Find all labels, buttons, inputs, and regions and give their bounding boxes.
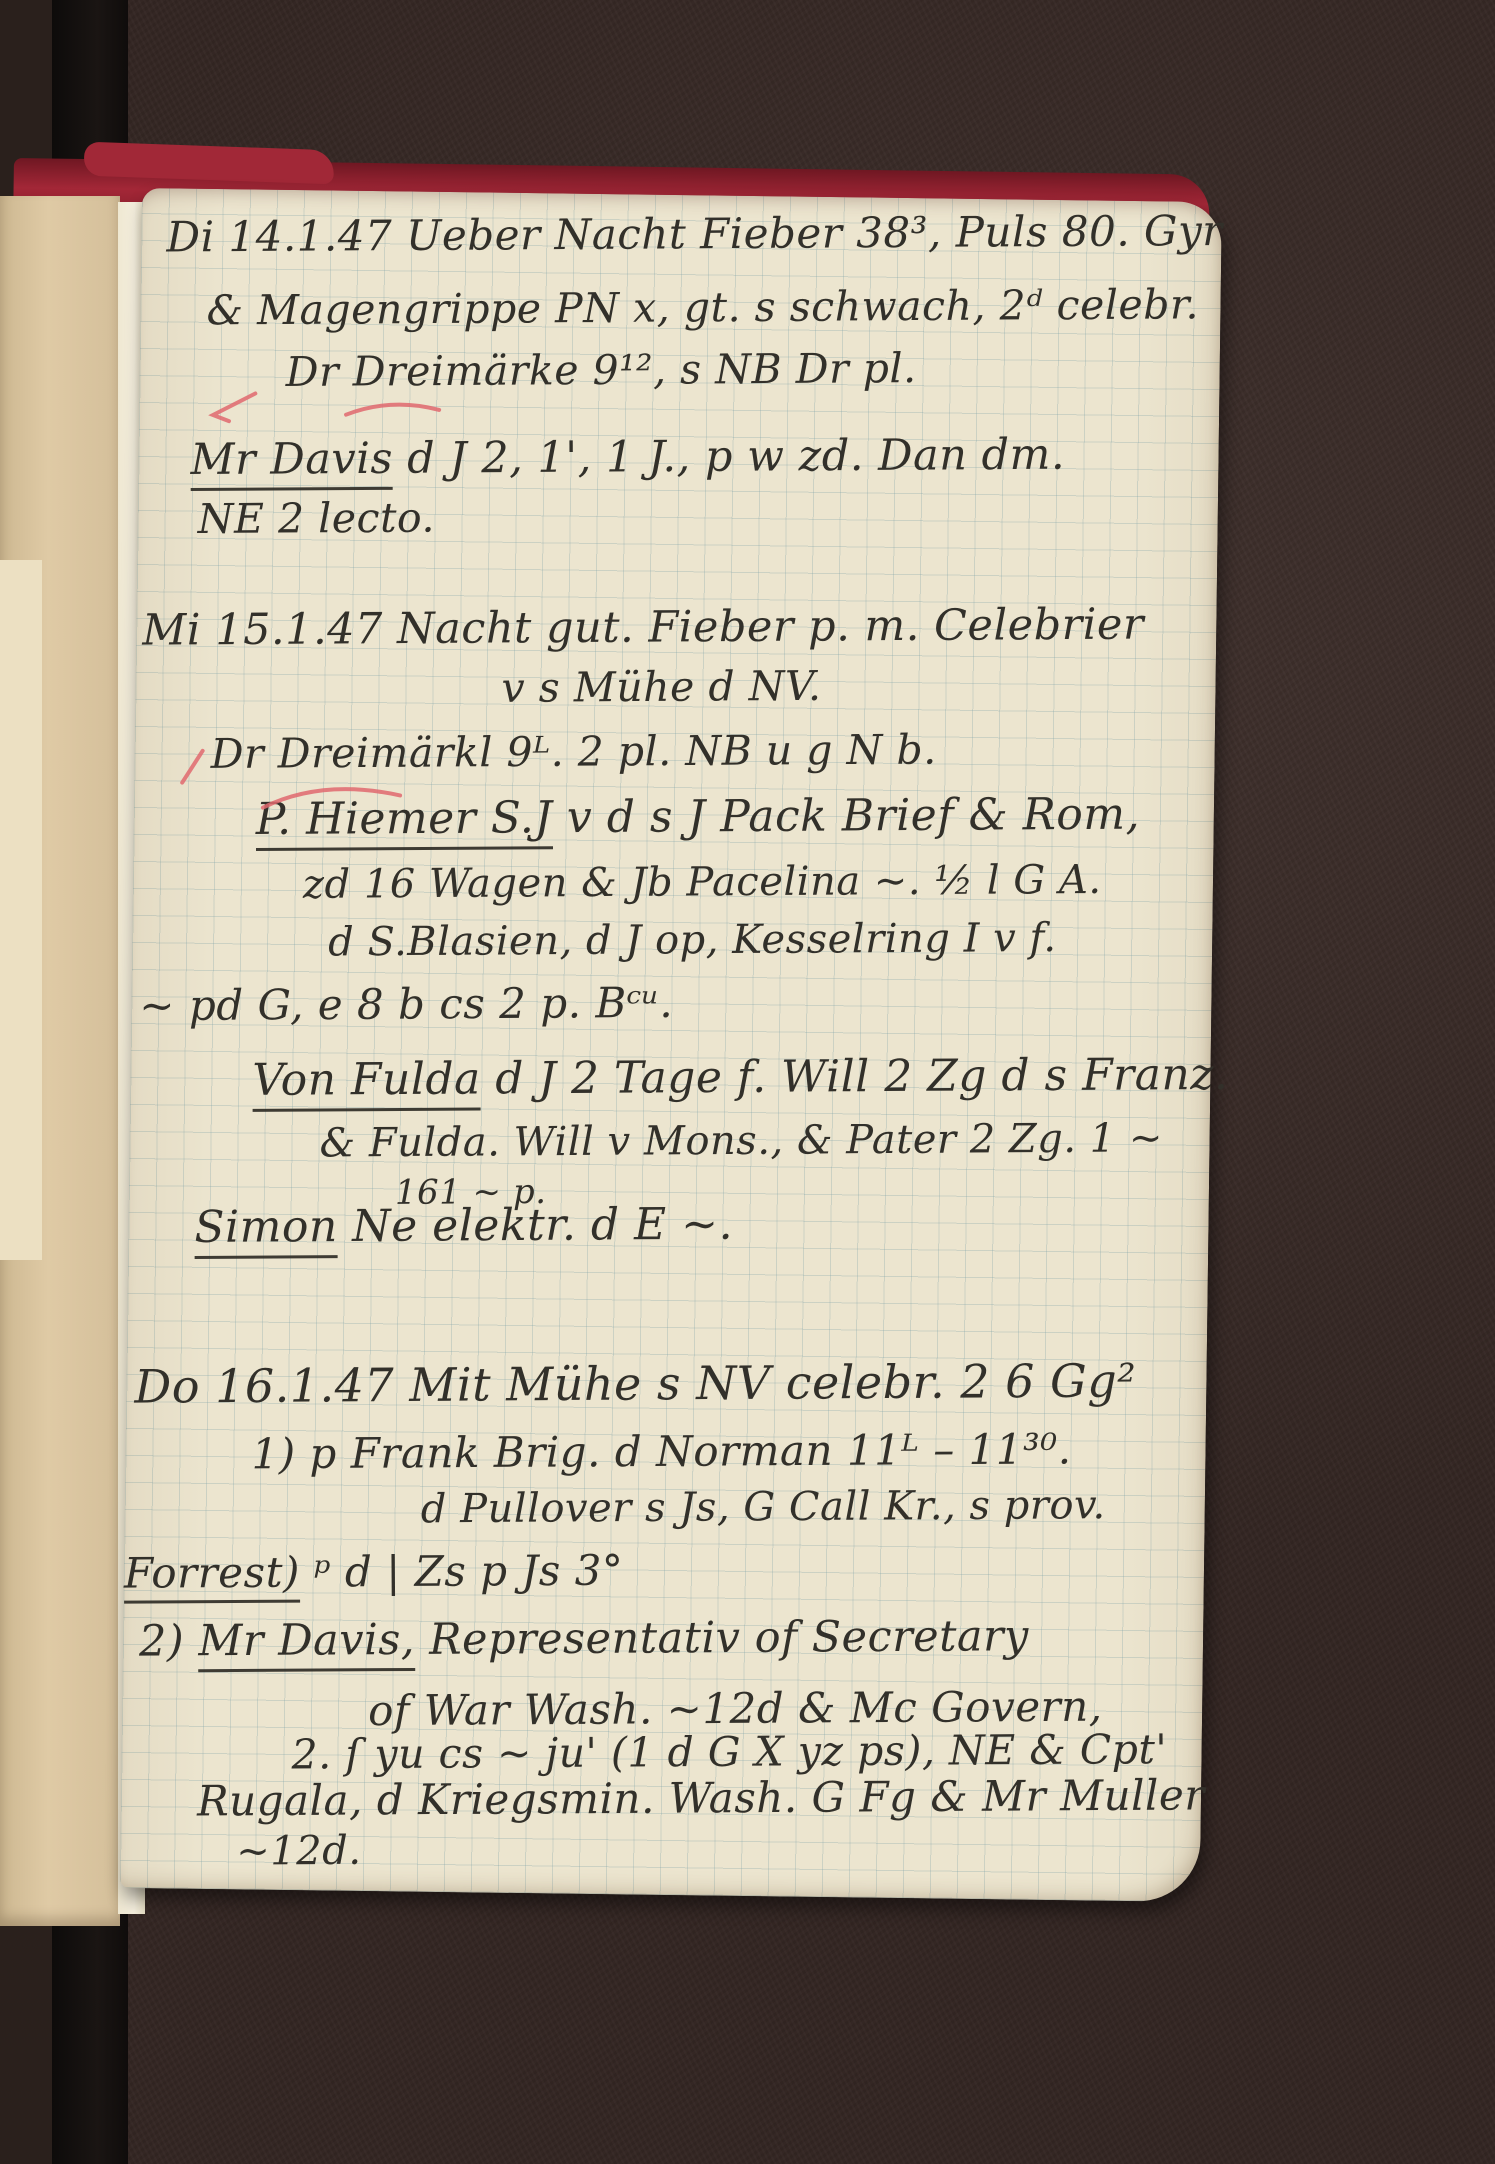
red-pencil-mark: [260, 774, 407, 818]
handwriting-line: Forrest) ᵖ d | Zs p Js 3°: [124, 1546, 624, 1598]
page-block-edge-light: [0, 560, 42, 1260]
line-rest: d J 2 Tage f. Will 2 Zg d s Franz.: [481, 1049, 1229, 1105]
underlined-name: Von Fulda: [252, 1053, 481, 1111]
handwriting-line: zd 16 Wagen & Jb Pacelina ~. ½ l G A.: [303, 857, 1102, 908]
line-rest: Ne elektr. d E ~.: [338, 1199, 734, 1252]
handwriting-line: Di 14.1.47 Ueber Nacht Fieber 38³, Puls …: [166, 206, 1223, 261]
handwriting-line: Mr Davis d J 2, 1', 1 J., p w zd. Dan dm…: [190, 430, 1065, 485]
handwriting-line: d S.Blasien, d J op, Kesselring I v f.: [328, 915, 1057, 965]
handwriting-line: Simon Ne elektr. d E ~.: [194, 1199, 733, 1253]
underlined-name: Simon: [194, 1201, 338, 1259]
underlined-name: Mr Davis: [190, 434, 393, 491]
handwriting-line: & Fulda. Will v Mons., & Pater 2 Zg. 1 ~: [319, 1115, 1163, 1166]
handwriting-line: 2) Mr Davis, Representativ of Secretary: [139, 1611, 1029, 1666]
handwriting-line: Dr Dreimärkl 9ᴸ. 2 pl. NB u g N b.: [211, 725, 937, 777]
line-rest: ᵖ d | Zs p Js 3°: [300, 1546, 624, 1597]
handwriting-line: Dr Dreimärke 9¹², s NB Dr pl.: [286, 344, 917, 396]
handwriting-line: ~ pd G, e 8 b cs 2 p. Bᶜᵘ.: [139, 978, 673, 1030]
line-rest: Representativ of Secretary: [415, 1611, 1029, 1665]
handwriting-line: 1) p Frank Brig. d Norman 11ᴸ – 11³⁰.: [251, 1424, 1071, 1478]
line-prefix: 2): [139, 1616, 199, 1666]
handwriting-line: & Magengrippe PN x, gt. s schwach, 2ᵈ ce…: [206, 280, 1199, 334]
red-pencil-mark: [343, 393, 443, 424]
handwriting-line: Do 16.1.47 Mit Mühe s NV celebr. 2 6 Gg²: [134, 1354, 1136, 1414]
red-pencil-mark: [205, 387, 262, 430]
line-rest: d J 2, 1', 1 J., p w zd. Dan dm.: [393, 430, 1065, 484]
handwriting-line: d Pullover s Js, G Call Kr., s prov.: [421, 1482, 1106, 1532]
red-pencil-mark: [178, 747, 209, 789]
handwriting-line: Rugala, d Kriegsmin. Wash. G Fg & Mr Mul…: [197, 1770, 1205, 1825]
underlined-name: Mr Davis,: [198, 1615, 415, 1672]
photo-of-diary-page: { "document_type": "handwritten diary pa…: [0, 0, 1495, 2164]
handwriting-line: ~12d.: [236, 1828, 362, 1875]
notebook-page: Di 14.1.47 Ueber Nacht Fieber 38³, Puls …: [120, 188, 1222, 1902]
underlined-name: Forrest): [124, 1548, 300, 1604]
line-rest: v d s J Pack Brief & Rom,: [552, 789, 1140, 844]
handwriting-line: Von Fulda d J 2 Tage f. Will 2 Zg d s Fr…: [252, 1049, 1228, 1106]
handwriting-line: Mi 15.1.47 Nacht gut. Fieber p. m. Celeb…: [142, 600, 1144, 656]
handwriting-line: v s Mühe d NV.: [501, 662, 821, 712]
handwriting-line: NE 2 lecto.: [198, 494, 436, 543]
